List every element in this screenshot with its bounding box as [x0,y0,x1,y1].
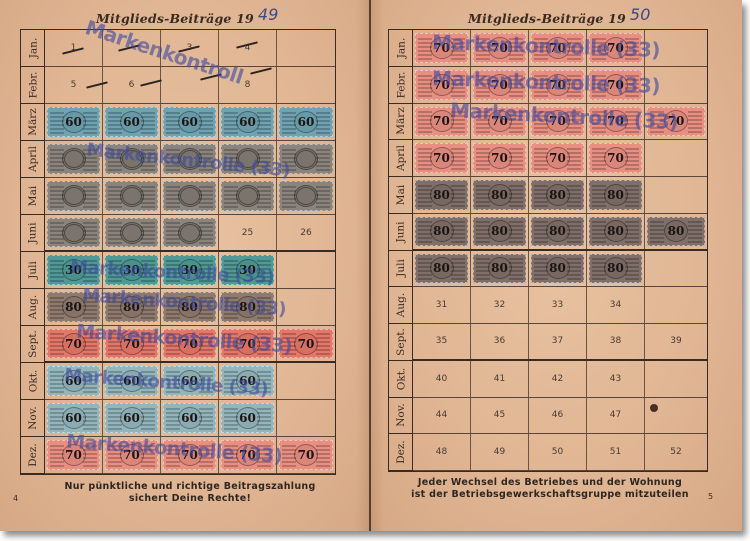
month-label: Juni [389,214,413,251]
dues-stamp: 80 [647,217,705,246]
dues-stamp: 70 [589,143,642,173]
stamp-cell: 60 [103,363,161,399]
dues-stamp: 70 [105,329,158,358]
stamp-cell: 60 [45,104,103,140]
stamp-value: 60 [62,407,86,429]
week-cell: 26 [277,215,335,250]
stamp-value [178,222,202,244]
dues-stamp: 70 [589,107,642,137]
week-cell: 6 [103,67,161,103]
month-text: Jan. [27,38,39,59]
stamp-value: 80 [546,257,570,279]
stamp-value: 70 [488,110,512,132]
month-label: Juni [21,215,45,252]
stamp-value [62,222,86,244]
stamp-cell: 80 [413,214,471,249]
dues-stamp [221,144,274,174]
stamp-value [236,148,260,170]
month-row: 4849505152 [413,434,707,471]
week-number: 35 [436,336,447,346]
month-label: Dez. [389,434,413,471]
stamp-cell: 80 [529,177,587,213]
stamp-value: 70 [488,147,512,169]
stamp-value: 30 [120,259,144,281]
stamp-value [120,222,144,244]
week-cell [277,400,335,436]
booklet-spine [369,0,371,531]
dues-stamp: 70 [415,143,468,173]
right-page: Mitglieds-Beiträge 1950 Jan.Febr.MärzApr… [370,0,742,531]
month-label: Jan. [389,30,413,67]
dues-stamp [163,218,216,247]
stamp-value: 70 [120,444,144,466]
stamp-cell [277,178,335,214]
stamp-cell: 70 [587,140,645,176]
month-text: Sept. [395,328,407,356]
week-cell: 33 [529,287,587,323]
stamp-cell: 70 [529,30,587,66]
month-label: April [389,140,413,177]
stamp-cell: 60 [161,400,219,436]
stamp-cell: 80 [471,177,529,213]
month-text: Nov. [395,404,407,428]
dues-stamp: 80 [473,180,526,210]
week-cell: 47 [587,398,645,434]
week-cell [645,67,707,103]
footer-line-2: sichert Deine Rechte! [40,493,340,505]
week-number: 42 [552,374,563,384]
stamp-value: 70 [604,110,628,132]
week-number: 45 [494,410,505,420]
week-number: 32 [494,300,505,310]
week-number: 46 [552,410,563,420]
stamp-value: 60 [178,370,202,392]
dues-stamp: 30 [221,255,274,285]
stamp-value: 30 [178,259,202,281]
dues-stamp: 30 [105,255,158,285]
month-row: 40414243 [413,361,707,398]
month-label: Juli [21,252,45,289]
stamp-value [236,185,260,207]
week-cell: 52 [645,434,707,470]
month-label: März [21,104,45,141]
footer-line-1: Jeder Wechsel des Betriebes und der Wohn… [400,477,700,489]
month-text: Okt. [27,370,39,393]
stamp-cell: 70 [103,437,161,473]
stamp-value: 70 [604,37,628,59]
stamp-cell: 30 [161,252,219,288]
week-number: 37 [552,336,563,346]
month-row: 7070707070 [45,437,335,474]
stamp-cell: 60 [219,400,277,436]
stamp-value: 70 [236,333,260,355]
stamp-cell [103,215,161,250]
stamp-cell: 60 [161,363,219,399]
week-cell [645,361,707,397]
dues-stamp: 70 [531,107,584,137]
week-cell: 48 [413,434,471,470]
dues-stamp: 70 [531,33,584,63]
stamp-cell: 80 [645,214,707,249]
dues-stamp [47,181,100,211]
month-label: Aug. [21,289,45,326]
dues-stamp: 60 [105,366,158,396]
month-row: 80808080 [45,289,335,326]
month-row: 2526 [45,215,335,252]
dues-stamp: 60 [163,366,216,396]
month-text: März [395,108,407,136]
dues-stamp: 80 [531,254,584,284]
stamp-value: 70 [294,444,318,466]
stamp-value: 60 [236,407,260,429]
dues-stamp: 80 [415,217,468,246]
month-row: 80808080 [413,251,707,288]
stamp-cell [103,141,161,177]
stamp-value: 80 [62,296,86,318]
week-number: 39 [670,336,681,346]
week-number: 41 [494,374,505,384]
dues-stamp: 70 [531,70,584,100]
stamp-cell: 70 [219,326,277,361]
dues-stamp: 70 [105,440,158,470]
stamp-cell: 70 [645,104,707,140]
left-page-title: Mitglieds-Beiträge 1949 [96,8,279,27]
dues-stamp: 80 [531,217,584,246]
dues-stamp: 70 [279,329,333,358]
week-cell [645,30,707,66]
stamp-value: 80 [236,296,260,318]
week-number: 38 [610,336,621,346]
week-number: 25 [242,228,253,238]
stamp-value: 60 [294,111,318,133]
month-label-column: Jan.Febr.MärzAprilMaiJuniJuliAug.Sept.Ok… [389,30,413,471]
month-text: Mai [27,186,39,206]
stamp-value: 30 [62,259,86,281]
month-label-column: Jan.Febr.MärzAprilMaiJuniJuliAug.Sept.Ok… [21,30,45,474]
week-cell: 46 [529,398,587,434]
dues-stamp: 80 [221,292,274,322]
stamp-cell [219,178,277,214]
dues-stamp: 80 [473,254,526,284]
week-cell [277,363,335,399]
month-label: Mai [389,177,413,214]
stamp-cell: 70 [587,30,645,66]
stamp-cell: 70 [413,30,471,66]
stamp-value [294,185,318,207]
dues-stamp: 60 [221,366,274,396]
stamp-value: 60 [178,111,202,133]
month-label: Mai [21,178,45,215]
stamp-value: 60 [120,111,144,133]
dues-stamp [279,181,333,211]
stamp-cell: 70 [219,437,277,473]
stamp-value: 80 [430,184,454,206]
dues-stamp: 60 [163,403,216,433]
month-text: Juli [395,260,407,278]
month-text: Aug. [395,293,407,317]
week-number: 26 [300,228,311,238]
membership-booklet: Mitglieds-Beiträge 1949 Jan.Febr.MärzApr… [0,0,742,531]
week-cell: 25 [219,215,277,250]
week-number: 44 [436,410,447,420]
month-text: Juni [27,222,39,243]
month-label: Dez. [21,437,45,474]
dues-stamp: 70 [415,70,468,100]
dues-stamp: 80 [531,180,584,210]
month-text: Dez. [395,440,407,464]
month-row: 3536373839 [413,324,707,361]
stamp-value: 80 [664,220,688,242]
dues-stamp: 80 [589,254,642,284]
stamp-value: 70 [430,74,454,96]
right-page-title: Mitglieds-Beiträge 1950 [468,8,651,27]
stamp-value: 80 [430,257,454,279]
dues-stamp: 80 [163,292,216,322]
stamp-value: 80 [488,257,512,279]
month-row: 7070707070 [413,104,707,141]
week-cell: 37 [529,324,587,359]
month-label: März [389,104,413,141]
stamp-cell: 70 [471,140,529,176]
month-text: März [27,108,39,136]
dues-stamp: 70 [279,440,333,470]
stamp-value: 70 [488,37,512,59]
week-cell: 39 [645,324,707,359]
stamp-value: 70 [178,444,202,466]
month-row: 70707070 [413,67,707,104]
month-text: Jan. [395,38,407,59]
stamp-value: 80 [604,220,628,242]
month-row [45,141,335,178]
dues-stamp: 60 [279,107,333,137]
week-cell: 31 [413,287,471,323]
week-cell: 8 [219,67,277,103]
dues-stamp: 60 [47,366,100,396]
dues-stamp: 80 [47,292,100,322]
contribution-grid-1949: Jan.Febr.MärzAprilMaiJuniJuliAug.Sept.Ok… [20,29,336,475]
stamp-cell: 70 [103,326,161,361]
stamp-cell: 60 [219,363,277,399]
stamp-cell [45,215,103,250]
week-number: 43 [610,374,621,384]
dues-stamp: 70 [531,143,584,173]
dues-stamp: 70 [589,33,642,63]
dues-stamp: 70 [473,33,526,63]
month-label: April [21,141,45,178]
dues-stamp: 70 [415,33,468,63]
stamp-value: 70 [604,74,628,96]
dues-stamp: 70 [221,440,274,470]
stamp-value: 80 [604,257,628,279]
stamp-value: 70 [604,147,628,169]
week-cell: 44 [413,398,471,434]
stamp-value: 70 [120,333,144,355]
left-footer: Nur pünktliche und richtige Beitragszahl… [40,481,340,505]
stamp-cell: 70 [45,437,103,473]
stamp-cell: 80 [103,289,161,325]
week-number: 8 [245,80,251,90]
week-number: 5 [71,80,77,90]
stamp-cell: 70 [471,104,529,140]
stamp-cell [161,178,219,214]
week-number: 47 [610,410,621,420]
stamp-cell: 70 [413,67,471,103]
stamp-cell [161,215,219,250]
month-row [45,178,335,215]
dues-stamp [163,144,216,174]
month-row: 44454647 [413,398,707,435]
month-row: 8080808080 [413,214,707,251]
month-label: Okt. [21,363,45,400]
month-label: Jan. [21,30,45,67]
dues-stamp: 80 [589,217,642,246]
week-cell [645,287,707,323]
stamp-value: 70 [294,333,318,355]
dues-stamp: 80 [589,180,642,210]
week-cell: 43 [587,361,645,397]
punch-hole [650,404,658,412]
stamp-value: 70 [62,333,86,355]
stamp-value [178,185,202,207]
dues-stamp: 80 [105,292,158,322]
week-number: 31 [436,300,447,310]
stamp-cell: 80 [219,289,277,325]
stamp-value: 70 [546,74,570,96]
stamp-cell: 60 [45,400,103,436]
month-label: Febr. [21,67,45,104]
stamp-value [62,148,86,170]
week-cell: 1 [45,30,103,66]
week-cell [645,177,707,213]
dues-stamp: 70 [473,143,526,173]
stamp-value: 70 [430,147,454,169]
month-text: Dez. [27,443,39,467]
stamp-value: 60 [62,111,86,133]
dues-stamp [279,144,333,174]
stamp-value: 80 [546,184,570,206]
footer-line-1: Nur pünktliche und richtige Beitragszahl… [40,481,340,493]
week-cell [277,252,335,288]
week-cell: 40 [413,361,471,397]
month-label: Sept. [21,326,45,363]
dues-stamp: 60 [221,107,274,137]
week-number: 51 [610,447,621,457]
dues-stamp: 60 [105,403,158,433]
stamp-cell [103,178,161,214]
stamp-cell: 60 [277,104,335,140]
dues-stamp: 60 [47,107,100,137]
stamp-value: 30 [236,259,260,281]
dues-stamp: 80 [415,180,468,210]
contribution-grid-1950: Jan.Febr.MärzAprilMaiJuniJuliAug.Sept.Ok… [388,29,708,472]
stamp-cell: 80 [587,251,645,287]
week-number: 48 [436,447,447,457]
dues-stamp: 30 [47,255,100,285]
month-text: Okt. [395,367,407,390]
stamp-cell: 80 [471,214,529,249]
week-number: 52 [670,447,681,457]
stamp-cell: 70 [45,326,103,361]
month-text: Aug. [27,295,39,319]
week-cell: 4 [219,30,277,66]
month-row: 80808080 [413,177,707,214]
stamp-cell [161,141,219,177]
week-cell: 41 [471,361,529,397]
stamp-cell: 70 [277,437,335,473]
stamp-cell: 80 [587,177,645,213]
dues-stamp [163,181,216,211]
stamp-value: 80 [430,220,454,242]
week-cell [645,398,707,434]
week-number: 6 [129,80,135,90]
stamp-value: 70 [430,110,454,132]
stamp-cell [277,141,335,177]
dues-stamp: 60 [105,107,158,137]
stamp-cell: 80 [161,289,219,325]
title-text: Mitglieds-Beiträge 19 [468,11,626,26]
week-number: 40 [436,374,447,384]
stamp-value: 70 [178,333,202,355]
left-page: Mitglieds-Beiträge 1949 Jan.Febr.MärzApr… [0,0,370,531]
stamp-cell [45,178,103,214]
month-row: 70707070 [413,140,707,177]
month-text: Febr. [395,71,407,98]
dues-stamp [221,181,274,211]
week-number: 33 [552,300,563,310]
week-cell [645,140,707,176]
month-row: 30303030 [45,252,335,289]
week-cell: 36 [471,324,529,359]
right-footer: Jeder Wechsel des Betriebes und der Wohn… [400,477,700,501]
page-number: 5 [708,492,713,501]
footer-line-2: ist der Betriebsgewerkschaftsgruppe mitz… [400,489,700,501]
week-cell: 45 [471,398,529,434]
week-number: 34 [610,300,621,310]
stamp-cell: 70 [587,67,645,103]
week-cell [161,67,219,103]
stamp-cell: 80 [413,251,471,287]
stamp-cell: 70 [413,140,471,176]
month-label: Nov. [21,400,45,437]
stamp-cell: 80 [529,214,587,249]
month-label: Febr. [389,67,413,104]
dues-stamp: 70 [47,329,100,358]
month-text: Juni [395,221,407,242]
month-text: Nov. [27,406,39,430]
month-row: 70707070 [413,30,707,67]
dues-stamp: 80 [415,254,468,284]
stamp-cell: 60 [45,363,103,399]
week-cell [277,30,335,66]
stamp-value: 70 [546,37,570,59]
handwritten-year: 50 [630,5,651,24]
stamp-cell: 70 [471,30,529,66]
stamp-cell: 70 [161,326,219,361]
stamp-value: 60 [236,370,260,392]
month-row: 7070707070 [45,326,335,363]
stamp-value: 60 [120,407,144,429]
handwritten-year: 49 [258,5,279,24]
week-number: 49 [494,447,505,457]
dues-stamp [105,218,158,247]
stamp-cell: 80 [471,251,529,287]
dues-stamp [105,144,158,174]
week-cell: 42 [529,361,587,397]
stamp-value: 70 [430,37,454,59]
week-cell: 49 [471,434,529,470]
week-number: 50 [552,447,563,457]
stamp-value: 70 [236,444,260,466]
